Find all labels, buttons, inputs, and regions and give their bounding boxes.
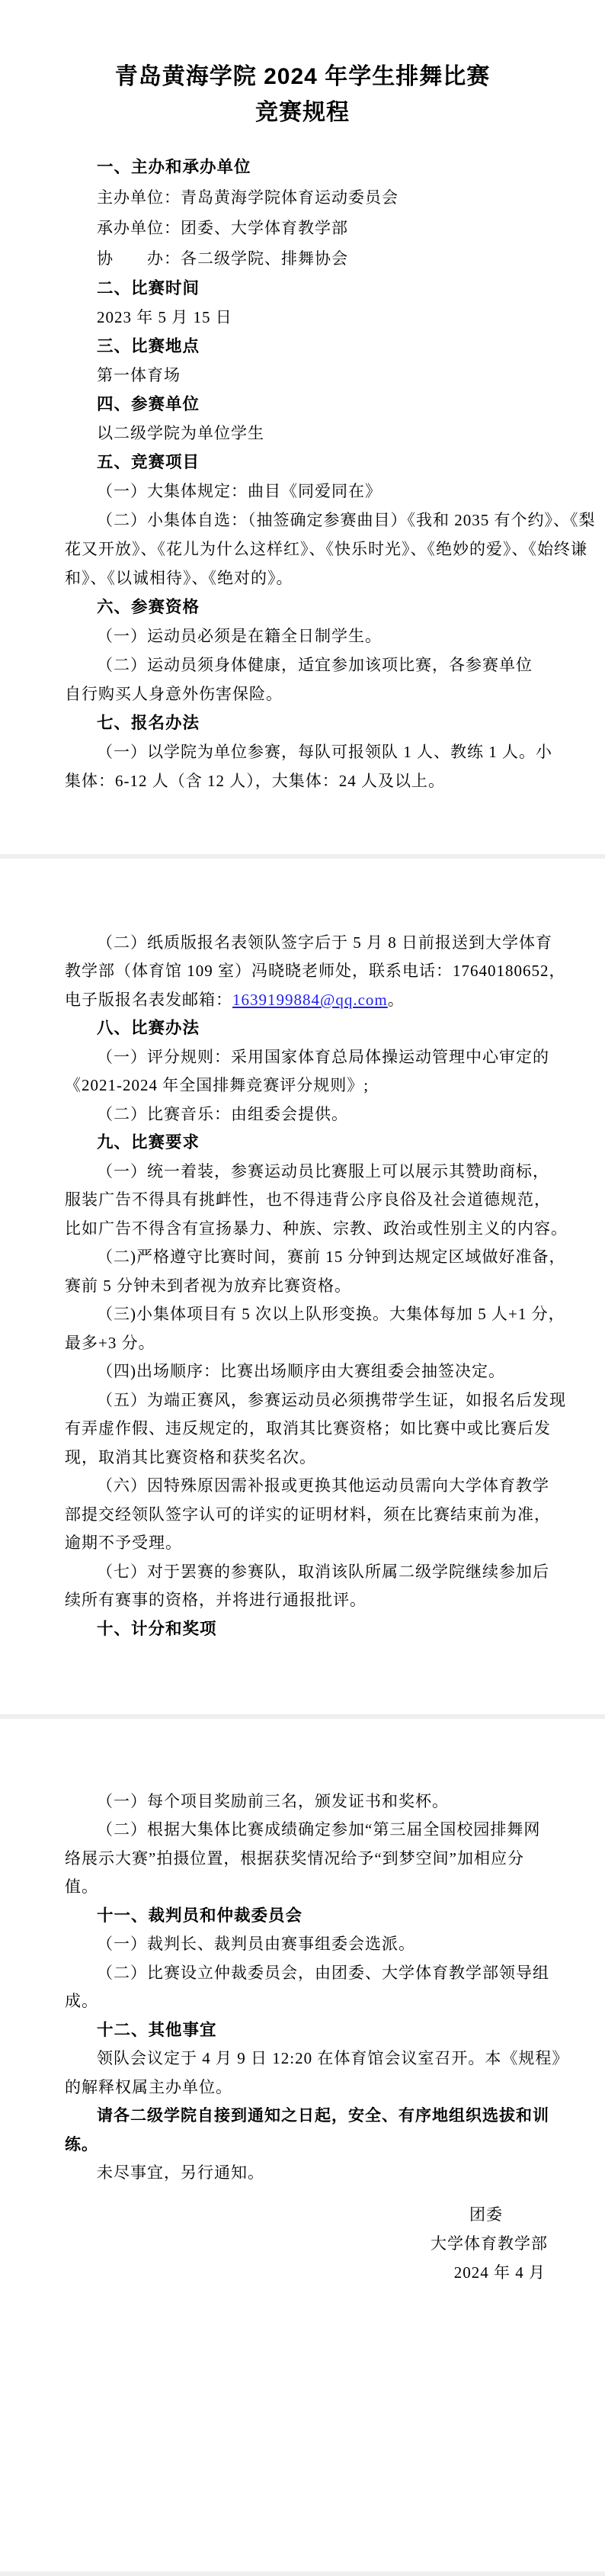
text-line: 部提交经领队签字认可的详实的证明材料，须在比赛结束前为准，	[65, 1504, 548, 1525]
text-line: （六）因特殊原因需补报或更换其他运动员需向大学体育教学	[65, 1475, 548, 1496]
text-line: 和》、《以诚相待》、《绝对的》。	[65, 567, 548, 589]
text-line: 赛前 5 分钟未到者视为放弃比赛资格。	[65, 1275, 548, 1296]
text-line: （二）比赛音乐：由组委会提供。	[65, 1103, 548, 1125]
text-line: 承办单位：团委、大学体育教学部	[65, 217, 548, 239]
text-line: 以二级学院为单位学生	[65, 422, 548, 444]
signature-line: 团委	[469, 2204, 503, 2225]
text-line: （一）裁判长、裁判员由赛事组委会选派。	[65, 1933, 548, 1954]
text-line: 比如广告不得含有宣扬暴力、种族、宗教、政治或性别主义的内容。	[65, 1218, 548, 1239]
text-line: （七）对于罢赛的参赛队，取消该队所属二级学院继续参加后	[65, 1561, 548, 1582]
text-line: 《2021-2024 年全国排舞竞赛评分规则》;	[65, 1074, 548, 1096]
text-line: （五）为端正赛风，参赛运动员必须携带学生证，如报名后发现	[65, 1389, 548, 1411]
text-line: 集体：6-12 人（含 12 人），大集体：24 人及以上。	[65, 770, 548, 792]
section-heading: 二、比赛时间	[65, 278, 548, 299]
text-line: 自行购买人身意外伤害保险。	[65, 683, 548, 705]
text-line: （二)严格遵守比赛时间，赛前 15 分钟到达规定区域做好准备，	[65, 1246, 548, 1267]
document-page-3: （一）每个项目奖励前三名，颁发证书和奖杯。（二）根据大集体比赛成绩确定参加“第三…	[0, 1719, 605, 2571]
section-heading: 七、报名办法	[65, 712, 548, 734]
doc-title-line: 青岛黄海学院 2024 年学生排舞比赛	[0, 63, 605, 91]
doc-title-line: 竞赛规程	[0, 99, 605, 127]
section-heading: 八、比赛办法	[65, 1017, 548, 1039]
text-line: 有弄虚作假、违反规定的，取消其比赛资格；如比赛中或比赛后发	[65, 1418, 548, 1439]
text-line: （二）根据大集体比赛成绩确定参加“第三届全国校园排舞网	[65, 1819, 548, 1840]
section-heading: 五、竞赛项目	[65, 451, 548, 473]
text-line: （二）纸质版报名表领队签字后于 5 月 8 日前报送到大学体育	[65, 932, 548, 953]
text-line: 练。	[65, 2134, 548, 2155]
signature-line: 大学体育教学部	[431, 2233, 548, 2254]
section-heading: 六、参赛资格	[65, 596, 548, 618]
text-line: （一）每个项目奖励前三名，颁发证书和奖杯。	[65, 1791, 548, 1812]
text-line: （一）运动员必须是在籍全日制学生。	[65, 625, 548, 647]
text-line: （三)小集体项目有 5 次以上队形变换。大集体每加 5 人+1 分，	[65, 1303, 548, 1325]
text-line: 成。	[65, 1990, 548, 2012]
section-heading: 三、比赛地点	[65, 336, 548, 357]
text-line: （二）小集体自选：（抽签确定参赛曲目）《我和 2035 有个约》、《梨	[65, 509, 548, 531]
text-line: 电子版报名表发邮箱：1639199884@qq.com。	[65, 989, 548, 1010]
text-line: （一）以学院为单位参赛，每队可报领队 1 人、教练 1 人。小	[65, 741, 548, 763]
text-line: （一）评分规则：采用国家体育总局体操运动管理中心审定的	[65, 1046, 548, 1068]
text-line: （一）统一着装，参赛运动员比赛服上可以展示其赞助商标，	[65, 1161, 548, 1182]
email-link[interactable]: 1639199884@qq.com	[232, 991, 388, 1009]
text-line: （一）大集体规定：曲目《同爱同在》	[65, 480, 548, 502]
text-line: （四)出场顺序：比赛出场顺序由大赛组委会抽签决定。	[65, 1360, 548, 1382]
section-heading: 十一、裁判员和仲裁委员会	[65, 1905, 548, 1926]
signature-line: 2024 年 4 月	[454, 2262, 546, 2283]
document-page-2: （二）纸质版报名表领队签字后于 5 月 8 日前报送到大学体育教学部（体育馆 1…	[0, 859, 605, 1714]
text-line: 的解释权属主办单位。	[65, 2077, 548, 2098]
text-line: 未尽事宜，另行通知。	[65, 2162, 548, 2183]
text-segment: 。	[388, 991, 405, 1009]
text-line: 请各二级学院自接到通知之日起，安全、有序地组织选拔和训	[65, 2105, 548, 2126]
text-line: 值。	[65, 1876, 548, 1897]
text-line: （二）比赛设立仲裁委员会，由团委、大学体育教学部领导组	[65, 1962, 548, 1983]
text-line: 逾期不予受理。	[65, 1532, 548, 1553]
text-line: 花又开放》、《花儿为什么这样红》、《快乐时光》、《绝妙的爱》、《始终谦	[65, 538, 548, 560]
text-line: 服装广告不得具有挑衅性，也不得违背公序良俗及社会道德规范，	[65, 1189, 548, 1210]
text-line: 续所有赛事的资格，并将进行通报批评。	[65, 1589, 548, 1611]
document-page-1: 青岛黄海学院 2024 年学生排舞比赛竞赛规程一、主办和承办单位主办单位：青岛黄…	[0, 0, 605, 854]
text-line: 第一体育场	[65, 365, 548, 386]
section-heading: 一、主办和承办单位	[65, 156, 548, 178]
text-line: 2023 年 5 月 15 日	[65, 307, 548, 328]
page-separator	[0, 2571, 605, 2576]
text-line: 协 办：各二级学院、排舞协会	[65, 248, 548, 269]
section-heading: 十二、其他事宜	[65, 2019, 548, 2041]
text-line: 领队会议定于 4 月 9 日 12:20 在体育馆会议室召开。本《规程》	[65, 2048, 548, 2069]
document: 青岛黄海学院 2024 年学生排舞比赛竞赛规程一、主办和承办单位主办单位：青岛黄…	[0, 0, 605, 2576]
text-line: 最多+3 分。	[65, 1332, 548, 1354]
text-line: 主办单位：青岛黄海学院体育运动委员会	[65, 187, 548, 208]
section-heading: 九、比赛要求	[65, 1132, 548, 1153]
text-segment: 电子版报名表发邮箱：	[65, 991, 232, 1009]
text-line: 络展示大赛”拍摄位置，根据获奖情况给予“到梦空间”加相应分	[65, 1848, 548, 1869]
text-line: 教学部（体育馆 109 室）冯晓晓老师处，联系电话：17640180652，	[65, 960, 548, 981]
section-heading: 十、计分和奖项	[65, 1618, 548, 1640]
text-line: （二）运动员须身体健康，适宜参加该项比赛，各参赛单位	[65, 654, 548, 676]
text-line: 现，取消其比赛资格和获奖名次。	[65, 1447, 548, 1468]
section-heading: 四、参赛单位	[65, 393, 548, 415]
